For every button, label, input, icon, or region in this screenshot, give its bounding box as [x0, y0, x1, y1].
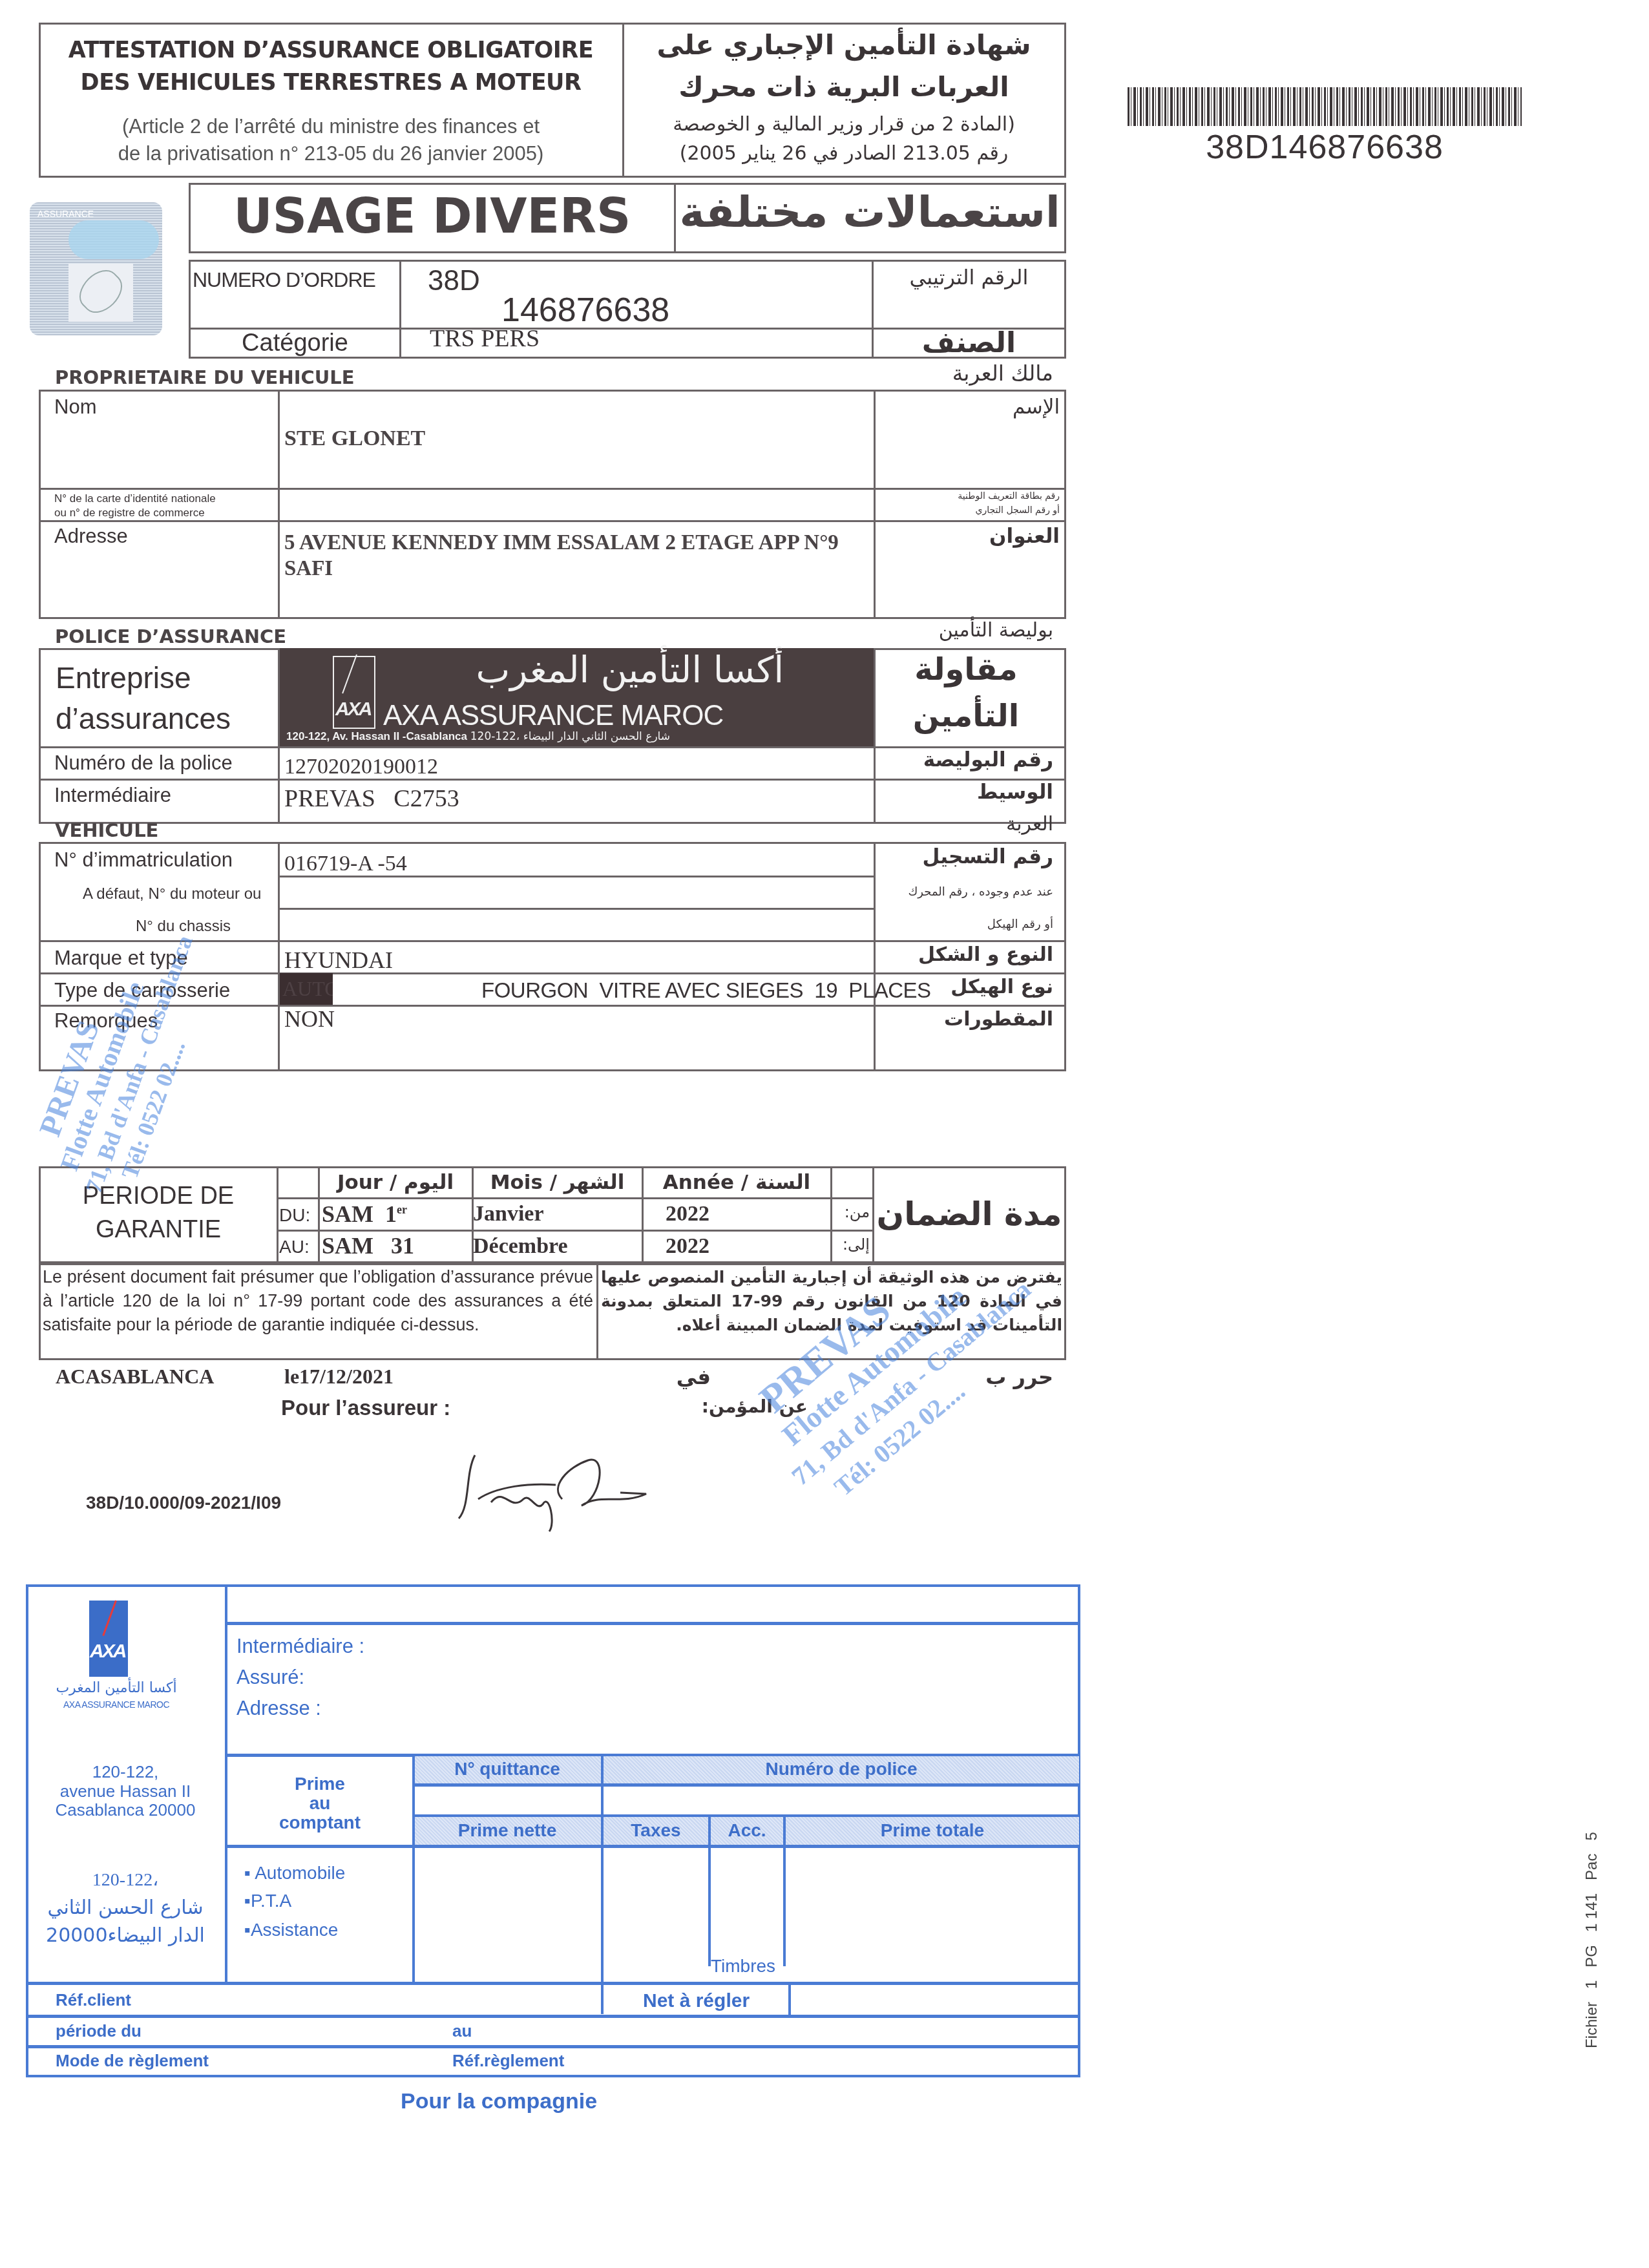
au-label: AU: [279, 1237, 310, 1257]
entreprise-label-ar-line1: مقاولة [879, 651, 1053, 688]
au-jour: SAM 31 [322, 1232, 414, 1259]
adresse-label-ar: العنوان [879, 525, 1060, 548]
title-ar-line1: شهادة التأمين الإجباري على [624, 29, 1064, 61]
ordre-prefix: 38D [428, 265, 480, 297]
prime-label-line3: comptant [227, 1812, 412, 1833]
section-police: POLICE D’ASSURANCE [55, 625, 286, 647]
legal-text-fr: Le présent document fait présumer que l’… [43, 1265, 593, 1337]
periode-row1 [277, 1197, 872, 1199]
periode-au-label: au [452, 2021, 472, 2041]
title-ar-line2: العربات البرية ذات محرك [624, 71, 1064, 103]
vehicle-row2 [39, 972, 1066, 974]
col-numero-police: Numéro de police [604, 1759, 1079, 1780]
ref-ar-line1: (المادة 2 من قرار وزير المالية و الخوصصة [624, 113, 1064, 136]
hologram-seal: ASSURANCE [30, 202, 162, 335]
du-mois: Janvier [473, 1202, 544, 1226]
receipt-row-mode [26, 2045, 1080, 2048]
carrosserie-label-ar: نوع الهيكل [879, 976, 1053, 998]
insurer-address: 120-122, Av. Hassan II -Casablanca 120-1… [286, 730, 790, 743]
marque-value: HYUNDAI [284, 947, 393, 974]
moteur-label-ar: عند عدم وجوده ، رقم المحرك [879, 885, 1053, 899]
mode-reglement-label: Mode de règlement [56, 2051, 209, 2071]
signature-date: le17/12/2021 [284, 1365, 394, 1389]
cin-label-ar-line1: رقم بطاقة التعريف الوطنية [879, 491, 1060, 501]
police-col2 [874, 648, 876, 824]
receipt-col-net [788, 1985, 791, 2015]
form-reference: 38D/10.000/09-2021/I09 [86, 1493, 281, 1513]
pour-assureur: Pour l’assureur : [281, 1396, 450, 1420]
entreprise-label-ar-line2: التأمين [879, 698, 1053, 734]
receipt-brand-ar: أكسا التأمين المغرب [39, 1680, 194, 1696]
periode-label-line1: PERIODE DE [40, 1182, 277, 1210]
receipt-row-top [225, 1622, 1080, 1625]
section-proprietaire: PROPRIETAIRE DU VEHICULE [55, 366, 355, 388]
receipt-col-b [601, 1754, 604, 2014]
carrosserie-value: FOURGON VITRE AVEC SIEGES 19 PLACES [481, 978, 931, 1003]
signature-place: ACASABLANCA [56, 1365, 214, 1389]
net-a-regler-label: Net à régler [643, 1990, 750, 2012]
adresse-line2: SAFI [284, 557, 333, 581]
receipt-address-ar-line2: شارع الحسن الثاني [28, 1896, 222, 1919]
receipt-address-line1: 120-122, [28, 1762, 222, 1782]
col-mois: Mois / الشهر [473, 1171, 642, 1194]
title-fr-line2: DES VEHICULES TERRESTRES A MOTEUR [40, 70, 622, 96]
numero-police-value: 12702020190012 [284, 755, 438, 779]
entreprise-label-line2: d’assurances [56, 701, 231, 736]
signature-date-ar: في [659, 1365, 711, 1389]
section-vehicule: VEHICULE [55, 819, 158, 841]
col-quittance: N° quittance [414, 1759, 601, 1780]
chassis-label-ar: أو رقم الهيكل [879, 918, 1053, 931]
categorie-label: Catégorie [191, 330, 399, 357]
du-jour: SAM 1er [322, 1201, 407, 1228]
prime-label-line2: au [227, 1793, 412, 1814]
side-note: Fichier 1 PG 1 141 Pac 5 [1583, 1832, 1601, 2048]
au-mois: Décembre [473, 1234, 568, 1259]
chassis-label: N° du chassis [136, 918, 231, 936]
receipt-col-a [412, 1754, 415, 1984]
col-annee: Année / السنة [643, 1171, 830, 1194]
insurer-name-fr: AXA ASSURANCE MAROC [383, 700, 723, 732]
legal-divider [596, 1263, 598, 1360]
intermediaire-value: PREVAS C2753 [284, 784, 459, 813]
col-jour: Jour / اليوم [319, 1171, 472, 1194]
categorie-label-ar: الصنف [874, 326, 1064, 359]
section-vehicule-ar: العربة [872, 813, 1053, 835]
adresse-line1: 5 AVENUE KENNEDY IMM ESSALAM 2 ETAGE APP… [284, 531, 839, 555]
signature-place-ar: حرر ب [956, 1365, 1053, 1389]
usage-label-ar: استعمالات مختلفة [676, 187, 1064, 237]
periode-du-label: période du [56, 2021, 142, 2041]
ordre-label: NUMERO D’ORDRE [193, 268, 375, 292]
ordre-number: 146876638 [501, 291, 669, 330]
title-fr-line1: ATTESTATION D’ASSURANCE OBLIGATOIRE [40, 37, 622, 63]
ordre-label-ar: الرقم الترتيبي [874, 265, 1064, 289]
receipt-axa-logo-icon: AXA [89, 1601, 128, 1677]
vehicle-subrow2 [278, 908, 874, 910]
immat-value: 016719-A -54 [284, 852, 407, 876]
col-prime-totale: Prime totale [786, 1820, 1079, 1841]
ref-fr-line1: (Article 2 de l’arrêté du ministre des f… [40, 115, 622, 138]
owner-row2 [39, 520, 1066, 522]
entreprise-label-line1: Entreprise [56, 660, 191, 695]
receipt-item-automobile: ▪ Automobile [244, 1863, 345, 1884]
vehicle-row3 [39, 1005, 1066, 1007]
receipt-assure-label: Assuré: [236, 1666, 304, 1689]
usage-label-fr: USAGE DIVERS [191, 189, 674, 244]
receipt-item-pta: ▪P.T.A [244, 1891, 291, 1911]
periode-col1 [277, 1166, 278, 1263]
au-label-ar: إلى: [832, 1235, 870, 1254]
ref-reglement-label: Réf.règlement [452, 2051, 564, 2071]
moteur-label: A défaut, N° du moteur ou [83, 885, 261, 903]
receipt-intermediaire-label: Intermédiaire : [236, 1635, 364, 1658]
numero-police-label-ar: رقم البوليصة [879, 748, 1053, 772]
section-police-ar: بوليصة التأمين [872, 619, 1053, 642]
immat-label-ar: رقم التسجيل [879, 845, 1053, 868]
receipt-address-line3: Casablanca 20000 [28, 1800, 222, 1820]
ref-fr-line2: de la privatisation n° 213-05 du 26 janv… [40, 142, 622, 165]
periode-label-line2: GARANTIE [40, 1216, 277, 1244]
insurer-name-ar: أكسا التأمين المغرب [383, 649, 784, 691]
insurer-banner: AXA أكسا التأمين المغرب AXA ASSURANCE MA… [280, 648, 874, 746]
numero-police-label: Numéro de la police [54, 751, 233, 775]
nom-label-ar: الإسم [879, 395, 1060, 419]
du-annee: 2022 [666, 1202, 709, 1226]
col-taxes: Taxes [604, 1820, 708, 1841]
barcode [1128, 87, 1522, 126]
receipt-row-items [225, 1845, 1080, 1848]
periode-col6 [872, 1166, 874, 1263]
receipt-row-periode [26, 2015, 1080, 2018]
nom-value: STE GLONET [284, 426, 425, 451]
hologram-wave [68, 220, 159, 259]
immat-label: N° d’immatriculation [54, 848, 233, 872]
categorie-value: TRS PERS [430, 324, 540, 353]
receipt-address-ar-line3: الدار البيضاء20000 [28, 1924, 222, 1947]
owner-col2 [874, 390, 876, 619]
receipt-row-quittance [412, 1783, 1080, 1787]
intermediaire-label: Intermédiaire [54, 784, 171, 807]
hologram-emblem-icon [68, 264, 133, 322]
col-acc: Acc. [711, 1820, 783, 1841]
cin-label-ar-line2: أو رقم السجل التجاري [879, 505, 1060, 516]
periode-row2 [277, 1230, 872, 1232]
section-proprietaire-ar: مالك العربة [872, 361, 1053, 386]
receipt-adresse-label: Adresse : [236, 1697, 321, 1720]
periode-label-ar: مدة الضمان [876, 1195, 1063, 1233]
barcode-number: 38D146876638 [1128, 128, 1522, 167]
prime-label-line1: Prime [227, 1774, 412, 1794]
axa-logo-icon: AXA [333, 656, 375, 729]
remorques-label-ar: المقطورات [879, 1008, 1053, 1031]
remorques-value: NON [284, 1005, 335, 1033]
ref-client-label: Réf.client [56, 1990, 131, 2010]
owner-col1 [278, 390, 280, 619]
owner-row1 [39, 488, 1066, 490]
receipt-brand-fr: AXA ASSURANCE MAROC [39, 1699, 194, 1710]
carrosserie-redacted: AUTOBUS [280, 973, 333, 1005]
ordre-col1 [399, 260, 401, 359]
receipt-address-line2: avenue Hassan II [28, 1781, 222, 1801]
hologram-label: ASSURANCE [37, 209, 94, 219]
du-label: DU: [279, 1205, 310, 1226]
adresse-label: Adresse [54, 525, 128, 548]
receipt-row-refclient [26, 1982, 1080, 1985]
receipt-address-ar-line1: 120-122، [28, 1869, 222, 1891]
ref-ar-line2: رقم 213.05 الصادر في 26 يناير 2005) [624, 142, 1064, 165]
nom-label: Nom [54, 395, 96, 419]
cin-label-line1: N° de la carte d’identité nationale [54, 492, 216, 505]
au-annee: 2022 [666, 1234, 709, 1259]
receipt-item-assistance: ▪Assistance [244, 1920, 338, 1940]
cin-label-line2: ou n° de registre de commerce [54, 507, 205, 520]
marque-label-ar: النوع و الشكل [879, 943, 1053, 966]
col-prime-nette: Prime nette [414, 1820, 601, 1841]
signature-scribble: Lerycen [452, 1447, 659, 1538]
timbres-label: Timbres [711, 1956, 775, 1977]
pour-compagnie: Pour la compagnie [401, 2089, 597, 2114]
vehicle-col2 [874, 842, 876, 1071]
du-label-ar: من: [832, 1203, 870, 1221]
intermediaire-label-ar: الوسيط [879, 781, 1053, 804]
